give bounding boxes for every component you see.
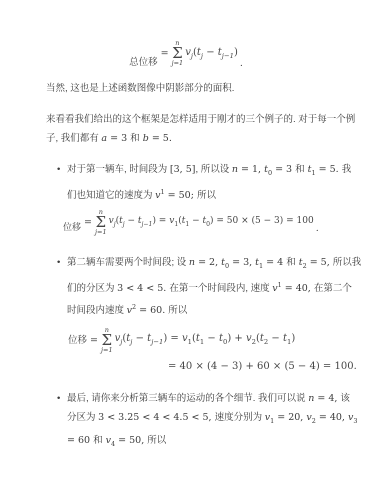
text-run: 该 [340,393,350,404]
sigma-icon: Σ [172,47,183,60]
text-run: ) = [163,333,182,344]
text-run: = 4 [263,257,286,268]
sigma-stack: n Σ j=1 [95,209,107,236]
text-run: 所以 [147,435,166,446]
text-run: 速度分别为 [215,412,265,423]
display-formula-car2: 位移 = n Σ j=1 vj(tj − tj−1) = v1(t1 − t0)… [68,327,326,354]
bullet-icon: • [57,253,67,381]
bullet-text: 第二辆车需要两个时间段; 设 n = 2, t0 = 3, t1 = 4 和 t… [67,253,326,381]
formula-period: . [240,58,243,69]
text-run: 和 [93,435,103,446]
text-line: 分区为 3 < 3.25 < 4 < 4.5 < 5, 速度分别为 v1 = 2… [67,408,326,431]
text-run: − [132,333,147,344]
text-run: − [204,333,219,344]
bullet-list: • 对于第一辆车, 时间段为 [3, 5], 所以设 n = 1, t0 = 3… [46,160,326,454]
sum-lower-limit: j=1 [172,60,184,67]
text-run: = 1, [238,164,264,175]
text-run: j−1 [222,52,234,60]
text-run: ) = 50 × (5 − 3) = 100 [210,216,314,226]
text-run: 来看看我们给出的这个框架是怎样适用于刚才的三个例子的. 对于每一个例 [46,114,355,125]
text-run: = 40, [316,412,348,423]
text-run: 分区为 [67,412,98,423]
text-line: = 60 和 v4 = 50, 所以 [67,431,326,454]
paragraph-framework-intro: 来看看我们给出的这个框架是怎样适用于刚才的三个例子的. 对于每一个例 子, 我们… [46,110,326,148]
text-run: 子, 我们都有 [46,133,101,144]
sigma-stack: n Σ j=1 [101,327,113,354]
display-formula-total: 总位移 = n Σ j=1 vj(tj − tj−1) . [46,40,326,69]
text-run: 最后, 请你来分析第三辆车的运动的各个细节. 我们可以说 [67,393,308,404]
text-run: = 3 [107,133,130,144]
bullet-item-third-car: • 最后, 请你来分析第三辆车的运动的各个细节. 我们可以说 n = 4, 该 … [46,389,326,454]
text-run: 在第二个 [314,283,352,294]
text-run: = 2, [195,257,221,268]
text-line: 对于第一辆车, 时间段为 [3, 5], 所以设 n = 1, t0 = 3 和… [67,160,326,183]
formula-main: = n Σ j=1 vj(tj − tj−1) [161,40,238,67]
sum-lower-limit: j=1 [101,347,113,354]
text-run: [3, 5] [170,164,196,175]
text-line: 们的分区为 3 < 4 < 5. 在第一个时间段内, 速度 v1 = 40, 在… [67,276,326,298]
text-run: 和 [295,164,305,175]
text-run: j−1 [151,338,163,346]
text-line: 时间段内速度 v2 = 60. 所以 [67,298,326,320]
text-run: − [268,333,283,344]
text-run: 3 [353,417,357,425]
bullet-text: 最后, 请你来分析第三辆车的运动的各个细节. 我们可以说 n = 4, 该 分区… [67,389,326,454]
text-line: 来看看我们给出的这个框架是怎样适用于刚才的三个例子的. 对于每一个例 [46,110,326,129]
formula-label: 位移 [68,331,87,350]
text-line: 子, 我们都有 a = 3 和 b = 5. [46,129,326,148]
text-run: 所以我 [333,257,362,268]
formula-label: 位移 [63,218,81,238]
paragraph-shaded-area: 当然, 这也是上述函数图像中阴影部分的面积. [46,79,326,98]
text-run: = 60. [136,305,168,316]
equals-sign: = [161,48,169,59]
text-run: = 4, [314,393,340,404]
text-run: 在第一个时间段内, 速度 [169,283,272,294]
text-line: 最后, 请你来分析第三辆车的运动的各个细节. 我们可以说 n = 4, 该 [67,389,326,408]
text-run: 们的分区为 [67,283,117,294]
equals-sign: = [84,213,92,232]
text-run: , 所以设 [195,164,231,175]
formula-label: 总位移 [129,54,158,69]
text-run: = 3, [229,257,255,268]
text-run: = 20, [274,412,306,423]
text-run: 当然, 这也是上述函数图像中阴影部分的面积. [46,83,234,94]
text-run: = 5. [149,133,172,144]
text-run: = 50; [165,190,197,201]
text-line: 第二辆车需要两个时间段; 设 n = 2, t0 = 3, t1 = 4 和 t… [67,253,326,276]
display-formula-car1: 位移 = n Σ j=1 vj(tj − tj−1) = v1(t1 − t0)… [63,209,326,238]
text-run: = 5. [316,164,342,175]
text-run: = 50, [115,435,147,446]
sigma-stack: n Σ j=1 [172,40,184,67]
text-run: − [125,216,138,226]
page: 总位移 = n Σ j=1 vj(tj − tj−1) . 当然, 这也是上述函… [0,0,370,480]
text-run: − [203,47,218,58]
text-run: = 40, [282,283,314,294]
text-run: 和 [286,257,296,268]
text-run: 时间段内速度 [67,305,127,316]
formula-line-2: = 40 × (4 − 3) + 60 × (5 − 4) = 100. [168,357,326,376]
text-line: 们也知道它的速度为 v1 = 50; 所以 [67,183,326,205]
formula-expression: vj(tj − tj−1) = v1(t1 − t0) = 50 × (5 − … [109,211,314,234]
bullet-item-second-car: • 第二辆车需要两个时间段; 设 n = 2, t0 = 3, t1 = 4 和… [46,253,326,381]
text-run: 和 [130,133,140,144]
equals-sign: = [90,331,98,350]
bullet-icon: • [57,389,67,454]
text-run: = 3 [272,164,295,175]
text-run: − [189,216,202,226]
text-run: ) + [227,333,246,344]
text-run: = 60 [67,435,93,446]
formula-expression: vj(tj − tj−1) = v1(t1 − t0) + v2(t2 − t1… [115,329,296,352]
text-run: 3 < 4 < 5. [117,283,169,294]
text-run: ) [291,333,295,344]
bullet-item-first-car: • 对于第一辆车, 时间段为 [3, 5], 所以设 n = 1, t0 = 3… [46,160,326,245]
sum-lower-limit: j=1 [95,229,107,236]
text-run: = 5, [307,257,333,268]
bullet-text: 对于第一辆车, 时间段为 [3, 5], 所以设 n = 1, t0 = 3 和… [67,160,326,245]
formula-period: . [316,219,319,238]
text-run: 们也知道它的速度为 [67,190,155,201]
formula-expression: vj(tj − tj−1) [185,47,238,60]
text-run: ) = [152,216,169,226]
text-run: 所以 [197,190,216,201]
formula-main: = n Σ j=1 vj(tj − tj−1) = v1(t1 − t0) + … [90,327,295,354]
text-line: 当然, 这也是上述函数图像中阴影部分的面积. [46,79,326,98]
text-run: j−1 [142,221,153,228]
text-run: 第二辆车需要两个时间段; 设 [67,257,189,268]
page-content: 总位移 = n Σ j=1 vj(tj − tj−1) . 当然, 这也是上述函… [46,0,326,454]
text-run: 对于第一辆车, 时间段为 [67,164,170,175]
text-run: ) [234,47,238,58]
formula-main: = n Σ j=1 vj(tj − tj−1) = v1(t1 − t0) = … [84,209,314,236]
text-run: 所以 [168,305,187,316]
text-run: 我 [342,164,352,175]
text-run: 3 < 3.25 < 4 < 4.5 < 5, [98,412,214,423]
